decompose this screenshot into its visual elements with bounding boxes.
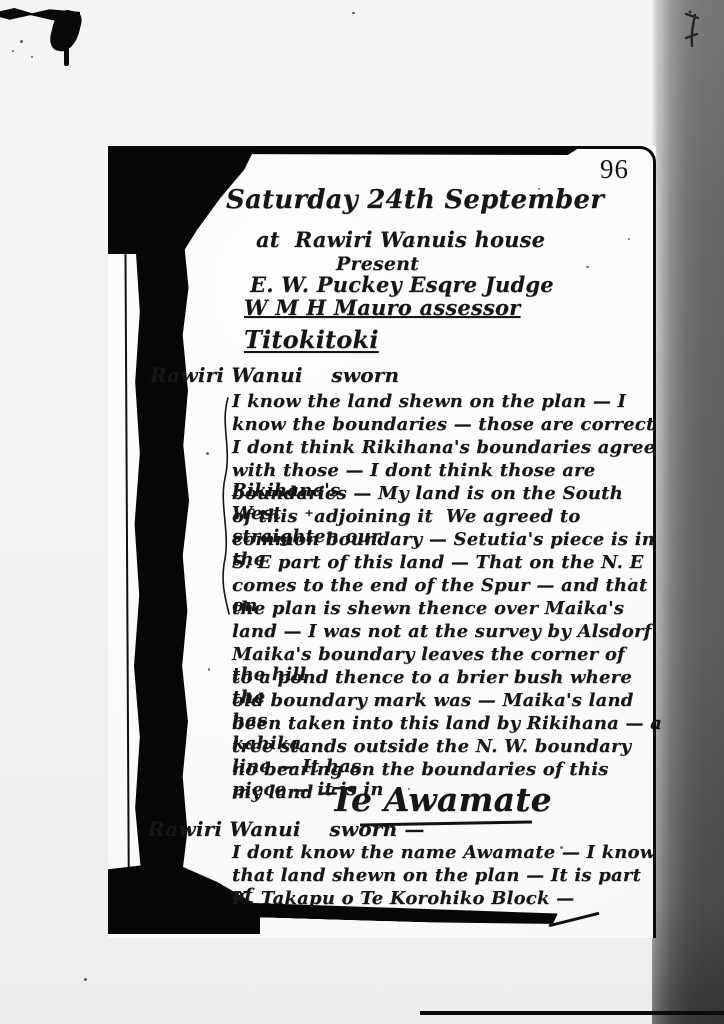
- assessor-line: W M H Mauro assessor: [244, 296, 520, 319]
- ink-speckle: [206, 452, 209, 455]
- photo-edge-line: [420, 1011, 724, 1015]
- binding-shadow: [134, 146, 192, 934]
- ink-speckle: [538, 188, 540, 190]
- page-left-edge-line: [124, 150, 130, 934]
- document-page: 96 Saturday 24th September at Rawiri Wan…: [108, 146, 656, 938]
- heading-location: at Rawiri Wanuis house: [256, 228, 545, 251]
- testimony-line: I know the land shewn on the plan — I: [232, 392, 662, 412]
- ink-speckle: [586, 266, 589, 268]
- section-title-titokitoki: Titokitoki: [244, 327, 379, 353]
- ink-speckle: [352, 12, 355, 14]
- judge-line: E. W. Puckey Esqre Judge: [250, 273, 554, 296]
- ink-speckle: [448, 398, 450, 400]
- ink-drip: [64, 48, 69, 66]
- ink-speckle: [318, 206, 321, 209]
- ink-speckle: [560, 846, 563, 849]
- testimony-line: I dont think Rikihana's boundaries agree: [232, 438, 662, 458]
- witness-sworn-line: Rawiri Wanui sworn: [150, 364, 399, 386]
- testimony-line: I dont know the name Awamate — I know: [232, 843, 662, 863]
- book-spine-shadow: [652, 0, 724, 1024]
- testimony-line: K. Takapu o Te Korohiko Block —: [232, 889, 662, 909]
- ink-speckle: [628, 238, 630, 240]
- ink-speckle: [31, 56, 33, 58]
- pen-mark: [682, 10, 706, 56]
- testimony-line: land — I was not at the survey by Alsdor…: [232, 622, 662, 642]
- ink-speckle: [208, 668, 210, 671]
- testimony-line: know the boundaries — those are correct: [232, 415, 662, 435]
- testimony-line: S. E part of this land — That on the N. …: [232, 553, 662, 573]
- testimony-line: the plan is shewn thence over Maika's: [232, 599, 662, 619]
- ink-speckle: [84, 978, 87, 981]
- heading-date: Saturday 24th September: [226, 186, 604, 215]
- ink-speckle: [20, 40, 23, 43]
- ink-speckle: [630, 578, 632, 580]
- ink-speckle: [290, 846, 292, 848]
- witness-sworn-line: Rawiri Wanui sworn —: [148, 818, 425, 840]
- scanned-page-image: 96 Saturday 24th September at Rawiri Wan…: [0, 0, 724, 1024]
- folio-number: 96: [600, 154, 629, 185]
- section-title-te-awamate: Te Awamate: [330, 782, 552, 818]
- ink-speckle: [12, 50, 14, 52]
- ink-speckle: [408, 788, 410, 790]
- ink-speckle: [413, 242, 415, 244]
